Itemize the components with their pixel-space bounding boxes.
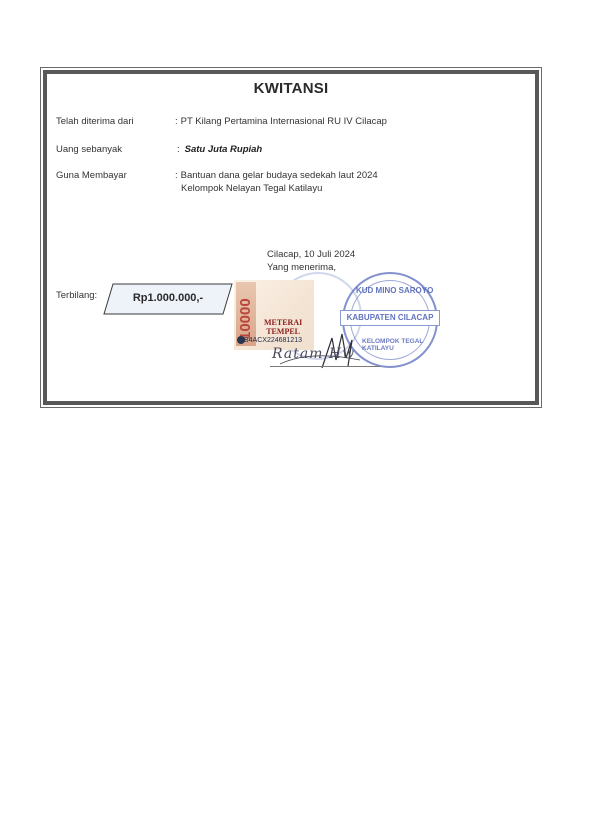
place-date: Cilacap, 10 Juli 2024 (267, 248, 355, 261)
payer-name: PT Kilang Pertamina Internasional RU IV … (181, 116, 387, 127)
purpose-line-1: Bantuan dana gelar budaya sedekah laut 2… (181, 170, 378, 181)
amount-in-words: Satu Juta Rupiah (185, 144, 263, 155)
colon: : (175, 170, 178, 181)
received-from-label: Telah diterima dari (56, 116, 134, 127)
colon: : (175, 116, 178, 127)
signatory-name: Ratam Hw (272, 346, 355, 362)
signature-stamp-area: 10000 METERAI TEMPEL B4ACX224681213 KUD … (234, 268, 454, 373)
seal-top-text: KUD MINO SAROYO (356, 286, 433, 295)
signature-line (270, 366, 380, 367)
terbilang-label: Terbilang: (56, 290, 97, 301)
receipt-title: KWITANSI (43, 80, 539, 97)
purpose-line-2: Kelompok Nelayan Tegal Katilayu (175, 183, 378, 194)
amount-words-label: Uang sebanyak (56, 144, 122, 155)
amount-box: Rp1.000.000,- (103, 283, 233, 315)
received-from-value: :PT Kilang Pertamina Internasional RU IV… (175, 116, 387, 127)
colon: : (177, 144, 180, 155)
amount-words-value: :Satu Juta Rupiah (175, 144, 262, 155)
purpose-label: Guna Membayar (56, 170, 127, 181)
purpose-value: :Bantuan dana gelar budaya sedekah laut … (175, 170, 378, 194)
amount-figure: Rp1.000.000,- (103, 292, 233, 304)
meterai-label-line-1: METERAI (264, 318, 302, 327)
meterai-denomination: 10000 (237, 288, 255, 340)
seal-band-text: KABUPATEN CILACAP (340, 310, 440, 326)
